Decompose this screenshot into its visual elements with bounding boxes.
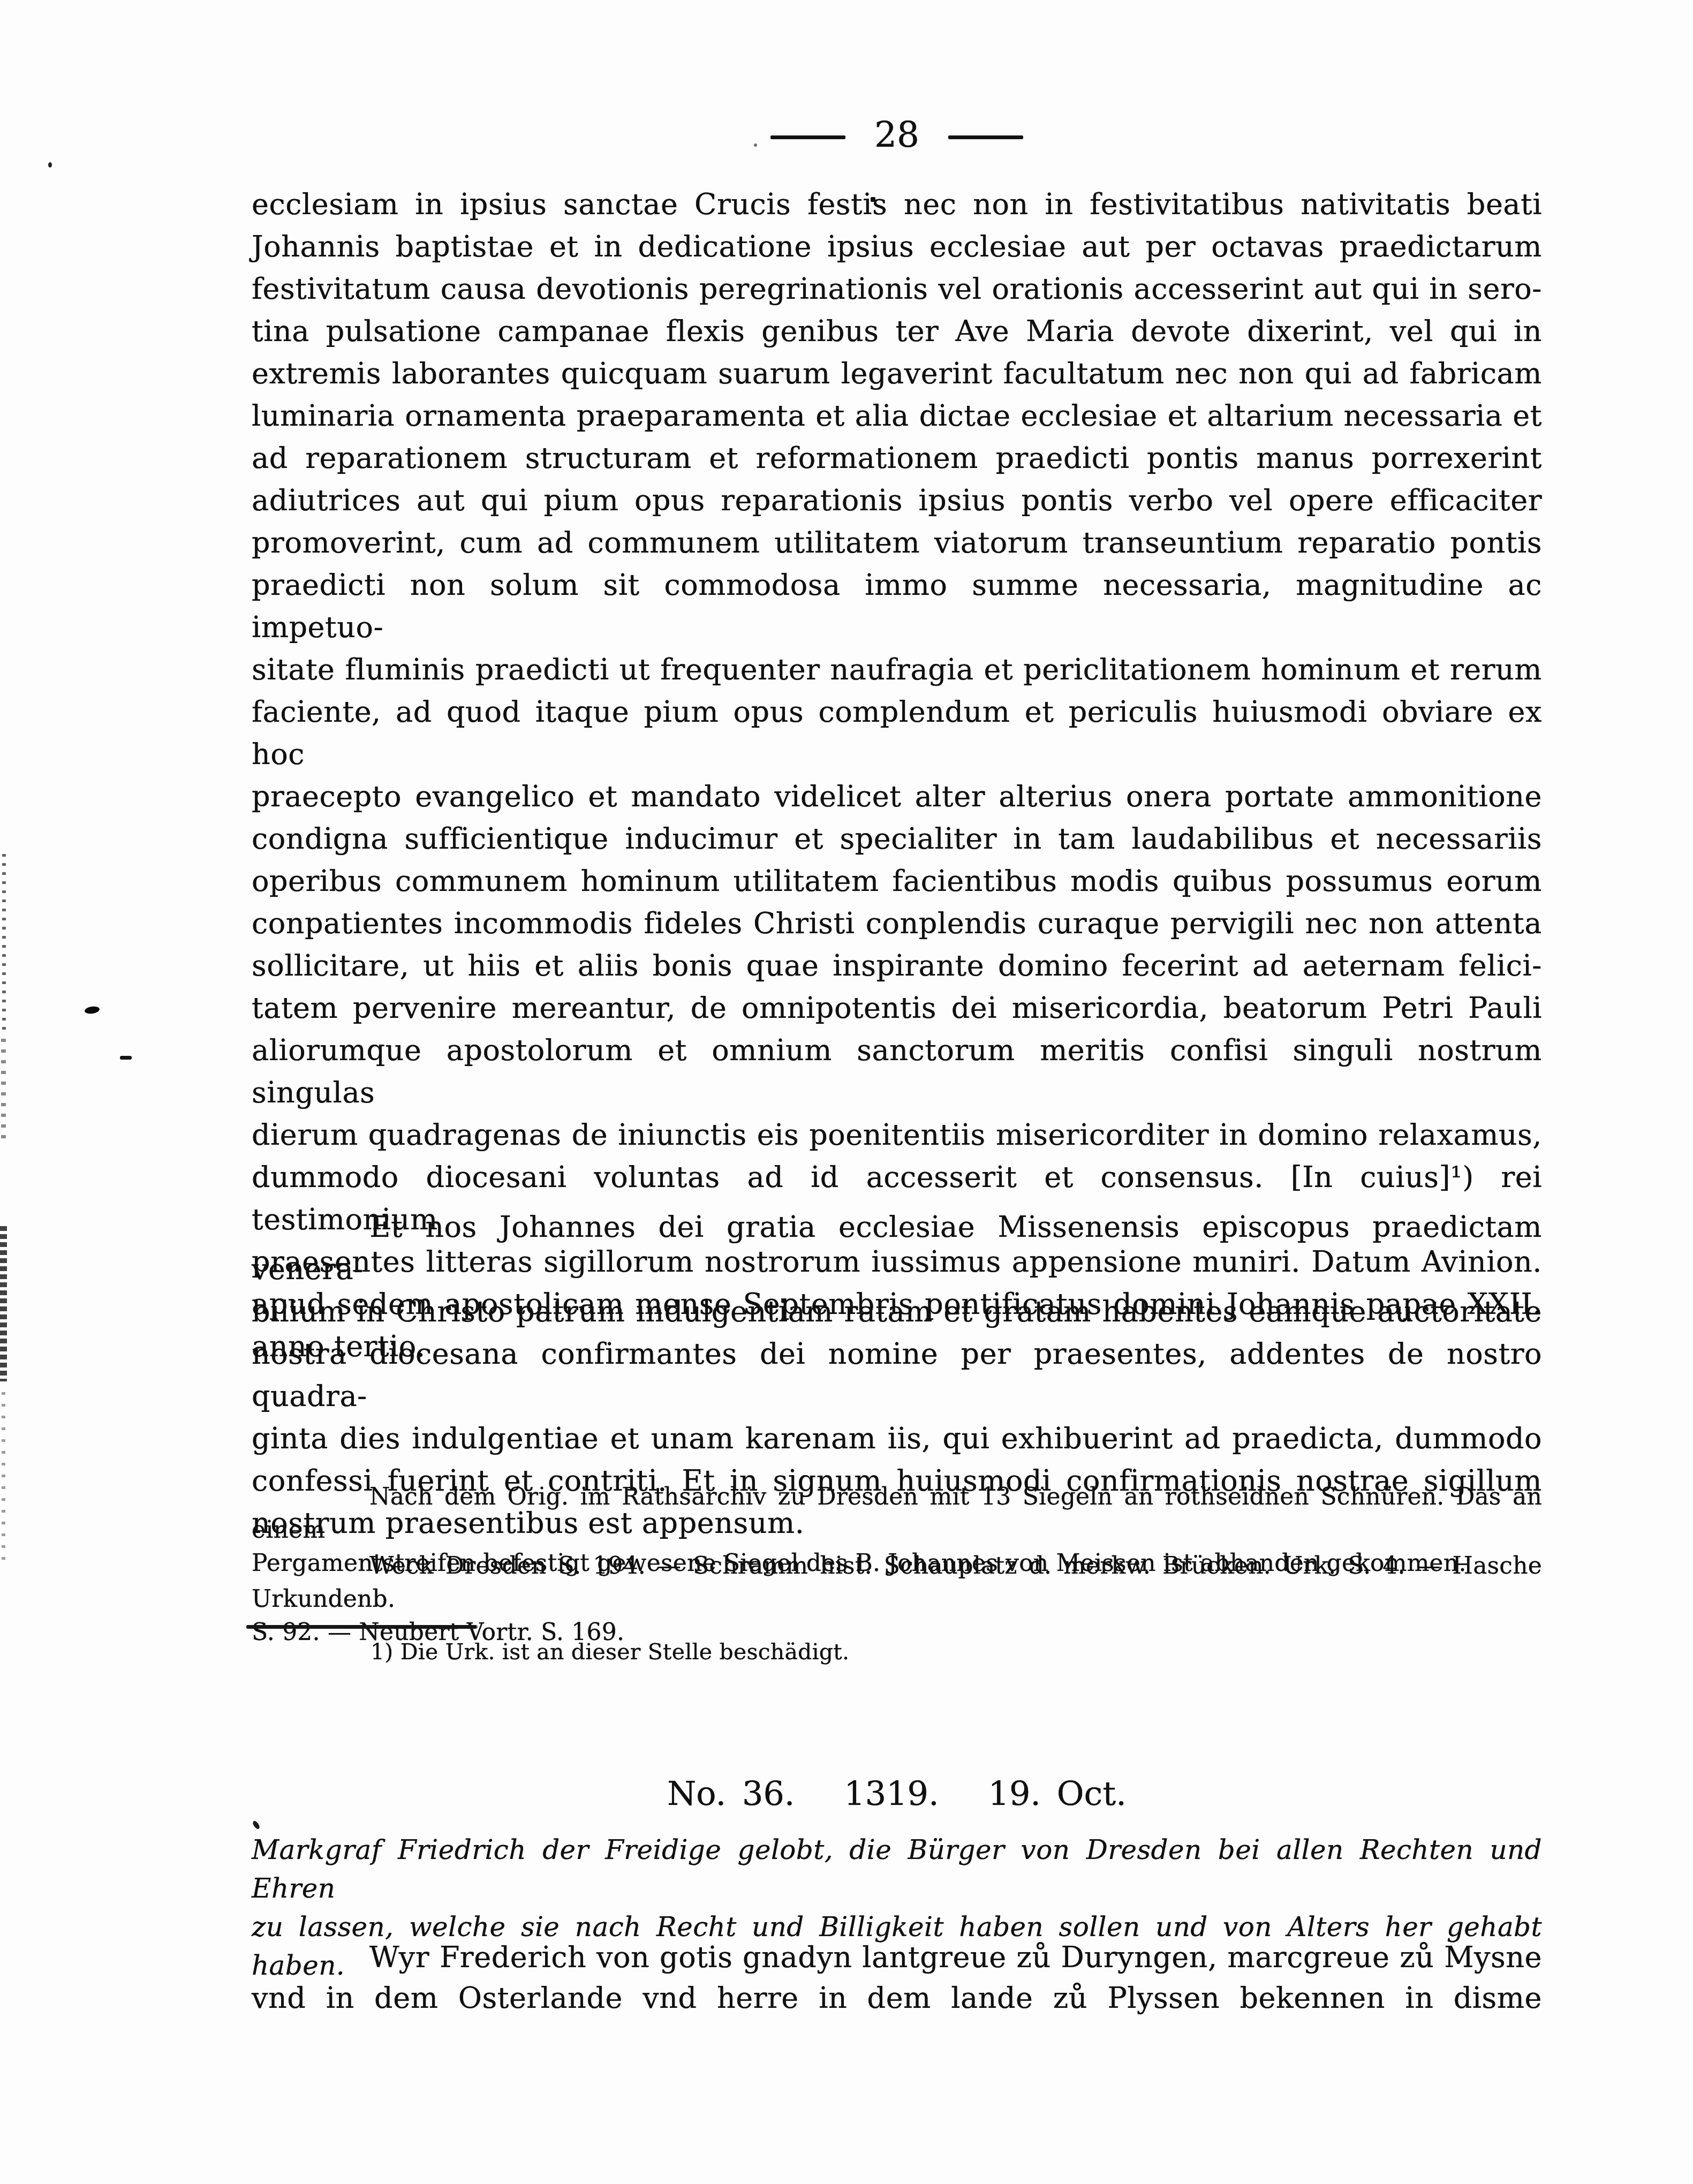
text-line: condigna sufficientique inducimur et spe… xyxy=(252,818,1542,860)
reference-note: Weck Dresden S. 194. — Schramm hist. Sch… xyxy=(252,1550,1542,1649)
footnote-rule xyxy=(246,1625,477,1629)
scan-artifact xyxy=(2,854,6,1031)
text-line: nostra diocesana confirmantes dei nomine… xyxy=(252,1333,1542,1417)
text-line: sollicitare, ut hiis et aliis bonis quae… xyxy=(252,944,1542,987)
text-line: ginta dies indulgentiae et unam karenam … xyxy=(252,1417,1542,1460)
text-line: aliorumque apostolorum et omnium sanctor… xyxy=(252,1029,1542,1114)
text-line: luminaria ornamenta praeparamenta et ali… xyxy=(252,395,1542,437)
text-line: tina pulsatione campanae flexis genibus … xyxy=(252,310,1542,352)
header-rule-right-icon xyxy=(948,135,1023,139)
text-line: bilium in Christo patrum indulgentiam ra… xyxy=(252,1290,1542,1333)
text-line: extremis laborantes quicquam suarum lega… xyxy=(252,352,1542,395)
scan-artifact xyxy=(2,1392,5,1569)
text-line: Johannis baptistae et in dedicatione ips… xyxy=(252,225,1542,268)
text-line: promoverint, cum ad communem utilitatem … xyxy=(252,522,1542,564)
scan-artifact xyxy=(48,162,52,168)
page-header: 28 xyxy=(252,116,1542,154)
header-rule-left-icon xyxy=(770,135,845,139)
text-line: vnd in dem Osterlande vnd herre in dem l… xyxy=(252,1978,1542,2019)
page-number: 28 xyxy=(874,114,919,155)
scan-artifact xyxy=(871,197,875,202)
footnote: 1) Die Urk. ist an dieser Stelle beschäd… xyxy=(252,1637,1542,1666)
text-line: Nach dem Orig. im Rathsarchiv zu Dresden… xyxy=(252,1480,1542,1547)
text-line: conpatientes incommodis fideles Christi … xyxy=(252,902,1542,944)
scanned-book-page: 28 ecclesiam in ipsius sanctae Crucis fe… xyxy=(0,0,1693,2184)
scan-artifact xyxy=(252,1820,261,1830)
text-line: faciente, ad quod itaque pium opus compl… xyxy=(252,691,1542,775)
latin-charter-paragraph: ecclesiam in ipsius sanctae Crucis festi… xyxy=(252,183,1542,1367)
text-line: dierum quadragenas de iniunctis eis poen… xyxy=(252,1114,1542,1156)
text-line: sitate fluminis praedicti ut frequenter … xyxy=(252,648,1542,691)
footnote-text: 1) Die Urk. ist an dieser Stelle beschäd… xyxy=(252,1637,1542,1666)
text-line: praedicti non solum sit commodosa immo s… xyxy=(252,564,1542,648)
scan-artifact xyxy=(1,1039,6,1146)
text-line: praecepto evangelico et mandato videlice… xyxy=(252,775,1542,818)
text-line: Weck Dresden S. 194. — Schramm hist. Sch… xyxy=(252,1550,1542,1616)
scan-artifact xyxy=(120,1056,132,1060)
text-line: ecclesiam in ipsius sanctae Crucis festi… xyxy=(252,183,1542,225)
charter-body: Wyr Frederich von gotis gnadyn lantgreue… xyxy=(252,1937,1542,2019)
scan-artifact xyxy=(84,1006,100,1015)
scan-artifact xyxy=(754,143,757,147)
text-line: Wyr Frederich von gotis gnadyn lantgreue… xyxy=(252,1937,1542,1978)
text-line: Et nos Johannes dei gratia ecclesiae Mis… xyxy=(252,1206,1542,1290)
text-line: Markgraf Friedrich der Freidige gelobt, … xyxy=(252,1831,1542,1908)
text-line: tatem pervenire mereantur, de omnipotent… xyxy=(252,987,1542,1029)
scan-artifact xyxy=(0,1226,7,1381)
text-line: adiutrices aut qui pium opus reparationi… xyxy=(252,479,1542,522)
charter-heading: No. 36. 1319. 19. Oct. xyxy=(252,1772,1542,1815)
text-line: festivitatum causa devotionis peregrinat… xyxy=(252,268,1542,310)
text-line: operibus communem hominum utilitatem fac… xyxy=(252,860,1542,902)
text-line: ad reparationem structuram et reformatio… xyxy=(252,437,1542,479)
